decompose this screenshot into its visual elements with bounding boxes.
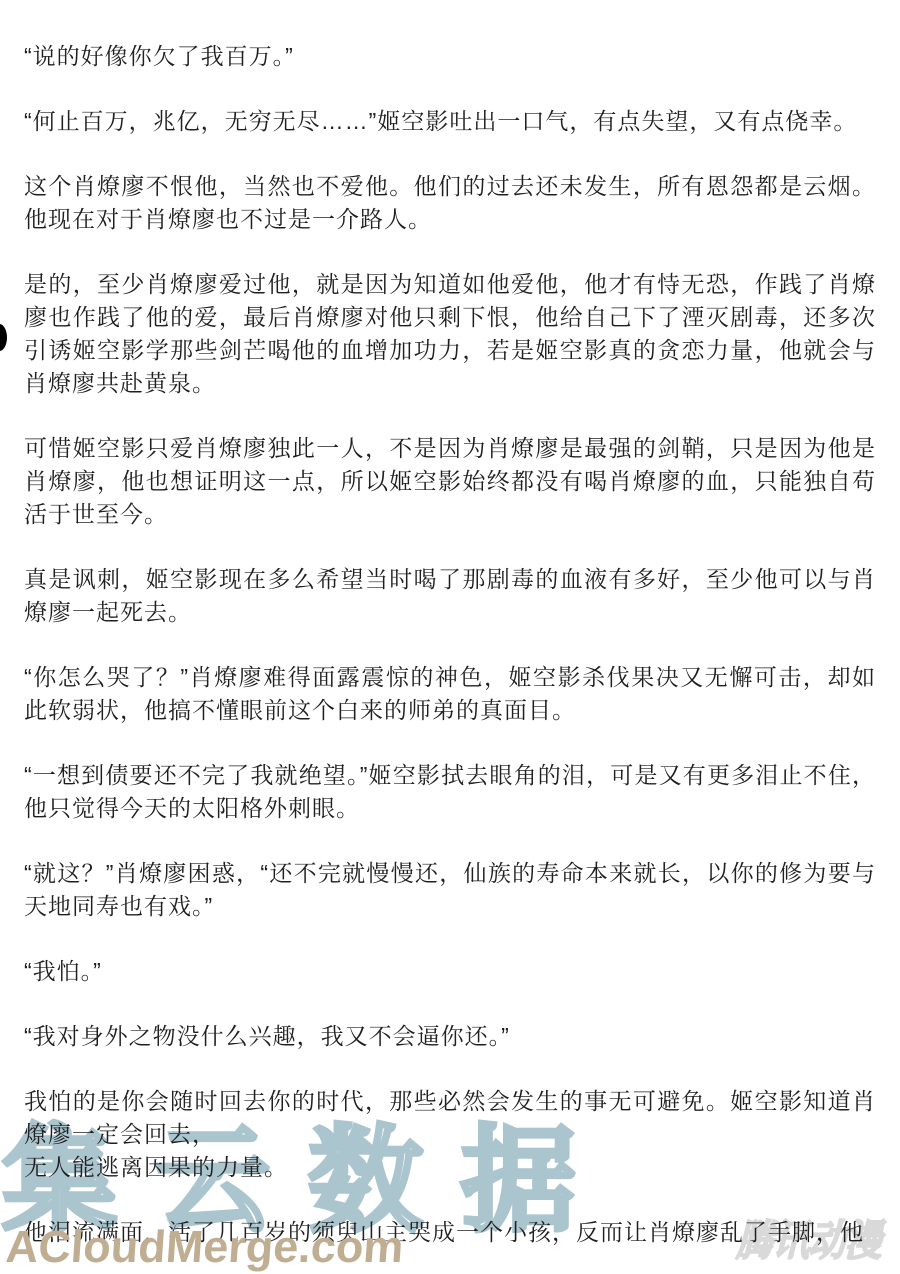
novel-text-page: 集云数据 “说的好像你欠了我百万。” “何止百万，兆亿，无穷无尽……”姬空影吐出… xyxy=(0,0,900,1274)
paragraph: “一想到债要还不完了我就绝望。”姬空影拭去眼角的泪，可是又有更多泪止不住，他只觉… xyxy=(24,759,876,825)
novel-text-content: “说的好像你欠了我百万。” “何止百万，兆亿，无穷无尽……”姬空影吐出一口气，有… xyxy=(0,0,900,1249)
paragraph: “我对身外之物没什么兴趣，我又不会逼你还。” xyxy=(24,1020,876,1053)
paragraph: 真是讽刺，姬空影现在多么希望当时喝了那剧毒的血液有多好，至少他可以与肖燎廖一起死… xyxy=(24,563,876,629)
paragraph: 这个肖燎廖不恨他，当然也不爱他。他们的过去还未发生，所有恩怨都是云烟。他现在对于… xyxy=(24,170,876,236)
paragraph: “就这？”肖燎廖困惑，“还不完就慢慢还，仙族的寿命本来就长，以你的修为要与天地同… xyxy=(24,857,876,923)
paragraph: 我怕的是你会随时回去你的时代，那些必然会发生的事无可避免。姬空影知道肖燎廖一定会… xyxy=(24,1085,876,1184)
paragraph: 可惜姬空影只爱肖燎廖独此一人，不是因为肖燎廖是最强的剑鞘，只是因为他是肖燎廖，他… xyxy=(24,432,876,531)
paragraph: “我怕。” xyxy=(24,955,876,988)
paragraph: “何止百万，兆亿，无穷无尽……”姬空影吐出一口气，有点失望，又有点侥幸。 xyxy=(24,105,876,138)
paragraph: “说的好像你欠了我百万。” xyxy=(24,40,876,73)
acloudmerge-watermark: ACloudMerge.com xyxy=(4,1224,405,1269)
paragraph: 是的，至少肖燎廖爱过他，就是因为知道如他爱他，他才有恃无恐，作践了肖燎廖也作践了… xyxy=(24,268,876,400)
paragraph: “你怎么哭了？”肖燎廖难得面露震惊的神色，姬空影杀伐果决又无懈可击，却如此软弱状… xyxy=(24,661,876,727)
